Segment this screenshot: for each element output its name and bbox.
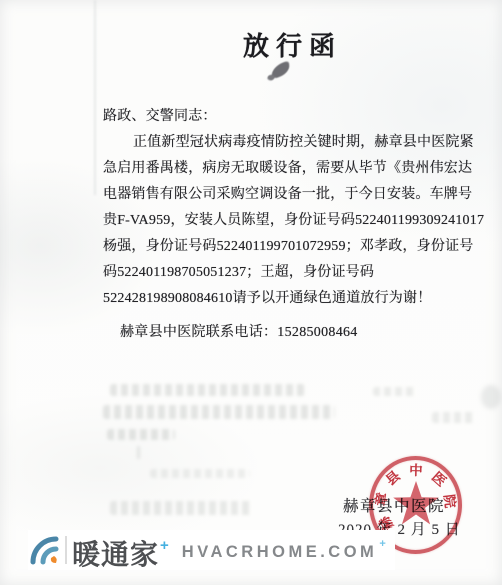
watermark-divider <box>65 536 67 564</box>
body-line: 贵F-VA959，安装人员陈望，身份证号码522401199309241017 <box>103 208 483 234</box>
watermark-bar: 暖通家+ HVACRHOME.COM+ <box>28 530 395 570</box>
brand-name: 暖通家+ <box>72 529 170 572</box>
brand-logo-icon <box>28 533 62 567</box>
bleedthrough-mark <box>481 385 501 409</box>
body-line: 电器销售有限公司采购空调设备一批，于今日安装。车牌号 <box>103 182 483 208</box>
bleedthrough-mark <box>110 384 305 396</box>
contact-phone-line: 赫章县中医院联系电话：15285008464 <box>120 321 358 341</box>
body-line: 正值新型冠状病毒疫情防控关键时期，赫章县中医院紧 <box>133 130 483 156</box>
site-sparkle-icon: + <box>379 538 389 550</box>
seal-arc-char: 县 <box>381 465 404 489</box>
site-url-text: HVACRHOME.COM+ <box>182 538 389 562</box>
site-url: HVACRHOME.COM <box>182 543 378 561</box>
paper-crease <box>94 0 96 195</box>
bleedthrough-mark <box>107 429 175 440</box>
salutation: 路政、交警同志： <box>103 104 483 130</box>
brand-name-text: 暖通家 <box>72 539 159 570</box>
document-title: 放行函 <box>243 26 342 63</box>
brand-plus-icon: + <box>160 537 170 554</box>
bleedthrough-mark <box>103 405 335 419</box>
bleedthrough-mark <box>432 412 476 423</box>
seal-arc-char: 章 <box>369 491 391 507</box>
seal-arc-char: 院 <box>440 493 461 509</box>
ink-smudge-mark <box>271 60 289 80</box>
body-line: 码522401198705051237；王超，身份证号码 <box>103 260 483 286</box>
scanned-document-page: 放行函 路政、交警同志： 正值新型冠状病毒疫情防控关键时期，赫章县中医院紧 急启… <box>0 0 502 585</box>
letter-body: 路政、交警同志： 正值新型冠状病毒疫情防控关键时期，赫章县中医院紧 急启用番禺楼… <box>103 104 483 312</box>
bleedthrough-mark <box>150 469 250 478</box>
seal-arc-char: 中 <box>409 459 423 479</box>
body-line: 急启用番禺楼，病房无取暖设备，需要从毕节《贵州伟宏达 <box>103 156 483 182</box>
seal-arc-char: 医 <box>428 466 451 490</box>
body-line: 杨强，身份证号码522401199701072959；邓孝政，身份证号 <box>103 234 483 260</box>
body-line: 522428198908084610请予以开通绿色通道放行为谢！ <box>103 286 483 312</box>
bleedthrough-mark <box>110 501 252 515</box>
bleedthrough-mark <box>137 446 140 459</box>
bleedthrough-mark <box>373 387 415 396</box>
